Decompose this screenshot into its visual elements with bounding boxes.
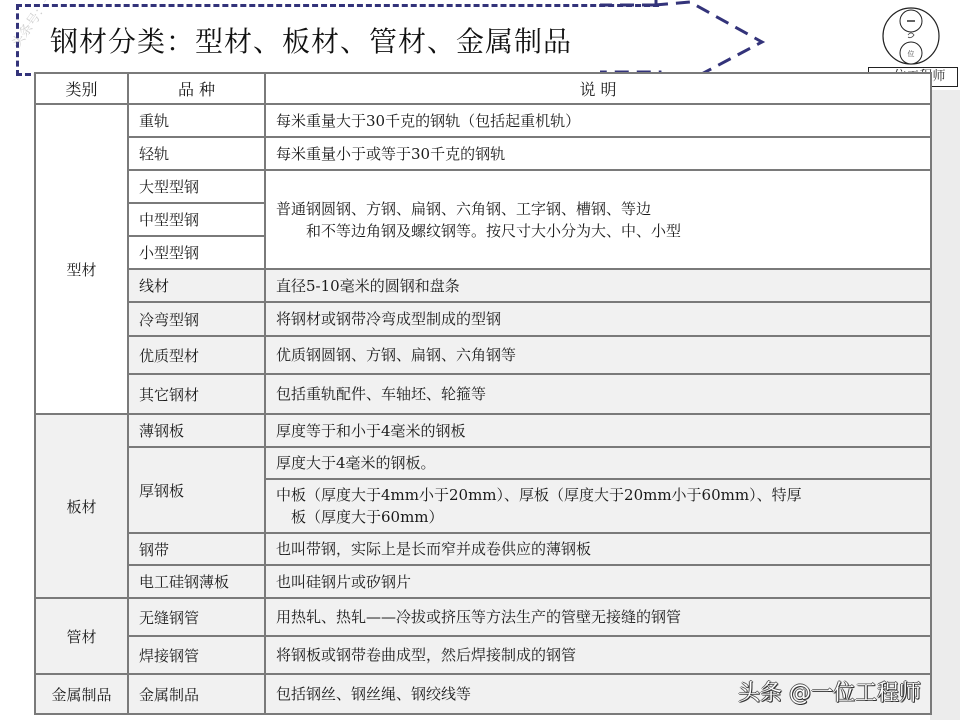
page-title: 钢材分类：型材、板材、管材、金属制品	[50, 20, 572, 60]
description-cell: 直径5-10毫米的圆钢和盘条	[265, 269, 931, 302]
column-header-variety: 品 种	[128, 73, 265, 104]
category-cell: 型材	[35, 104, 128, 414]
table-row: 钢带 也叫带钢，实际上是长而窄并成卷供应的薄钢板	[35, 533, 931, 565]
variety-cell: 冷弯型钢	[128, 302, 265, 336]
footer-watermark: 头条 @一位工程师	[738, 676, 921, 707]
table-row: 线材 直径5-10毫米的圆钢和盘条	[35, 269, 931, 302]
table-row: 厚钢板 厚度大于4毫米的钢板。	[35, 447, 931, 479]
variety-cell: 钢带	[128, 533, 265, 565]
description-cell: 将钢板或钢带卷曲成型，然后焊接制成的钢管	[265, 636, 931, 674]
table-row: 电工硅钢薄板 也叫硅钢片或矽钢片	[35, 565, 931, 598]
variety-cell: 线材	[128, 269, 265, 302]
variety-cell: 无缝钢管	[128, 598, 265, 636]
variety-cell: 重轨	[128, 104, 265, 137]
category-cell: 板材	[35, 414, 128, 598]
variety-cell: 大型型钢	[128, 170, 265, 203]
description-cell: 普通钢圆钢、方钢、扁钢、六角钢、工字钢、槽钢、等边 和不等边角钢及螺纹钢等。按尺…	[265, 170, 931, 269]
category-cell: 金属制品	[35, 674, 128, 714]
table-row: 冷弯型钢 将钢材或钢带冷弯成型制成的型钢	[35, 302, 931, 336]
description-cell: 每米重量大于30千克的钢轨（包括起重机轨）	[265, 104, 931, 137]
description-cell: 每米重量小于或等于30千克的钢轨	[265, 137, 931, 170]
table-row: 轻轨 每米重量小于或等于30千克的钢轨	[35, 137, 931, 170]
description-cell: 厚度大于4毫米的钢板。	[265, 447, 931, 479]
table-row: 其它钢材 包括重轨配件、车轴坯、轮箍等	[35, 374, 931, 414]
table-header-row: 类别 品 种 说 明	[35, 73, 931, 104]
steel-classification-table: 类别 品 种 说 明 型材 重轨 每米重量大于30千克的钢轨（包括起重机轨） 轻…	[34, 72, 932, 715]
variety-cell: 金属制品	[128, 674, 265, 714]
variety-cell: 薄钢板	[128, 414, 265, 447]
description-cell: 中板（厚度大于4mm小于20mm）、厚板（厚度大于20mm小于60mm）、特厚 …	[265, 479, 931, 533]
table-row: 焊接钢管 将钢板或钢带卷曲成型，然后焊接制成的钢管	[35, 636, 931, 674]
description-cell: 将钢材或钢带冷弯成型制成的型钢	[265, 302, 931, 336]
svg-text:位: 位	[908, 49, 915, 58]
page-edge	[930, 90, 960, 720]
table-row: 板材 薄钢板 厚度等于和小于4毫米的钢板	[35, 414, 931, 447]
table-row: 优质型材 优质钢圆钢、方钢、扁钢、六角钢等	[35, 336, 931, 374]
description-cell: 包括重轨配件、车轴坯、轮箍等	[265, 374, 931, 414]
description-cell: 厚度等于和小于4毫米的钢板	[265, 414, 931, 447]
variety-cell: 轻轨	[128, 137, 265, 170]
table-row: 管材 无缝钢管 用热轧、热轧——冷拔或挤压等方法生产的管壁无接缝的钢管	[35, 598, 931, 636]
description-cell: 也叫带钢，实际上是长而窄并成卷供应的薄钢板	[265, 533, 931, 565]
column-header-category: 类别	[35, 73, 128, 104]
column-header-description: 说 明	[265, 73, 931, 104]
variety-cell: 小型型钢	[128, 236, 265, 269]
variety-cell: 电工硅钢薄板	[128, 565, 265, 598]
table-row: 型材 重轨 每米重量大于30千克的钢轨（包括起重机轨）	[35, 104, 931, 137]
description-cell: 也叫硅钢片或矽钢片	[265, 565, 931, 598]
variety-cell: 其它钢材	[128, 374, 265, 414]
variety-cell: 厚钢板	[128, 447, 265, 533]
variety-cell: 优质型材	[128, 336, 265, 374]
variety-cell: 中型型钢	[128, 203, 265, 236]
category-cell: 管材	[35, 598, 128, 674]
description-cell: 用热轧、热轧——冷拔或挤压等方法生产的管壁无接缝的钢管	[265, 598, 931, 636]
table-row: 大型型钢 普通钢圆钢、方钢、扁钢、六角钢、工字钢、槽钢、等边 和不等边角钢及螺纹…	[35, 170, 931, 203]
description-cell: 优质钢圆钢、方钢、扁钢、六角钢等	[265, 336, 931, 374]
variety-cell: 焊接钢管	[128, 636, 265, 674]
